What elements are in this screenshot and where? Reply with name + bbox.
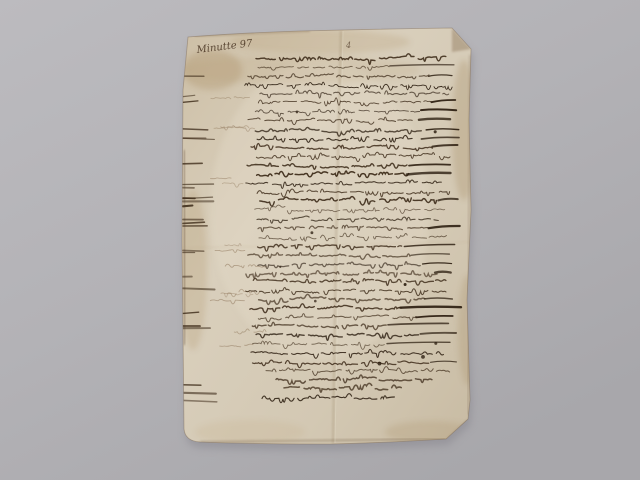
left-edge-dash bbox=[183, 393, 216, 394]
ink-blot bbox=[404, 283, 407, 286]
ink-blot bbox=[434, 130, 437, 133]
line-filler-dash bbox=[401, 307, 462, 308]
left-edge-dash bbox=[183, 129, 208, 130]
left-edge-dash bbox=[183, 288, 215, 289]
page-number-mark: 4 bbox=[345, 41, 351, 50]
line-filler-dash bbox=[420, 333, 456, 334]
ink-blot bbox=[310, 231, 313, 234]
ink-blot bbox=[378, 362, 382, 366]
left-edge-dash bbox=[183, 163, 202, 164]
photo-of-manuscript: Minutte 97 4 bbox=[0, 0, 640, 480]
line-filler-dash bbox=[435, 272, 451, 273]
ink-blot bbox=[296, 111, 298, 113]
ink-blot bbox=[279, 266, 281, 268]
line-filler-dash bbox=[421, 109, 456, 110]
ink-blot bbox=[421, 355, 425, 359]
manuscript-photo-canvas: Minutte 97 4 bbox=[0, 0, 640, 480]
left-edge-dash bbox=[183, 206, 192, 207]
ink-blot bbox=[314, 300, 317, 303]
line-filler-dash bbox=[419, 119, 450, 120]
left-edge-dash bbox=[183, 251, 204, 252]
ink-blot bbox=[434, 342, 437, 345]
